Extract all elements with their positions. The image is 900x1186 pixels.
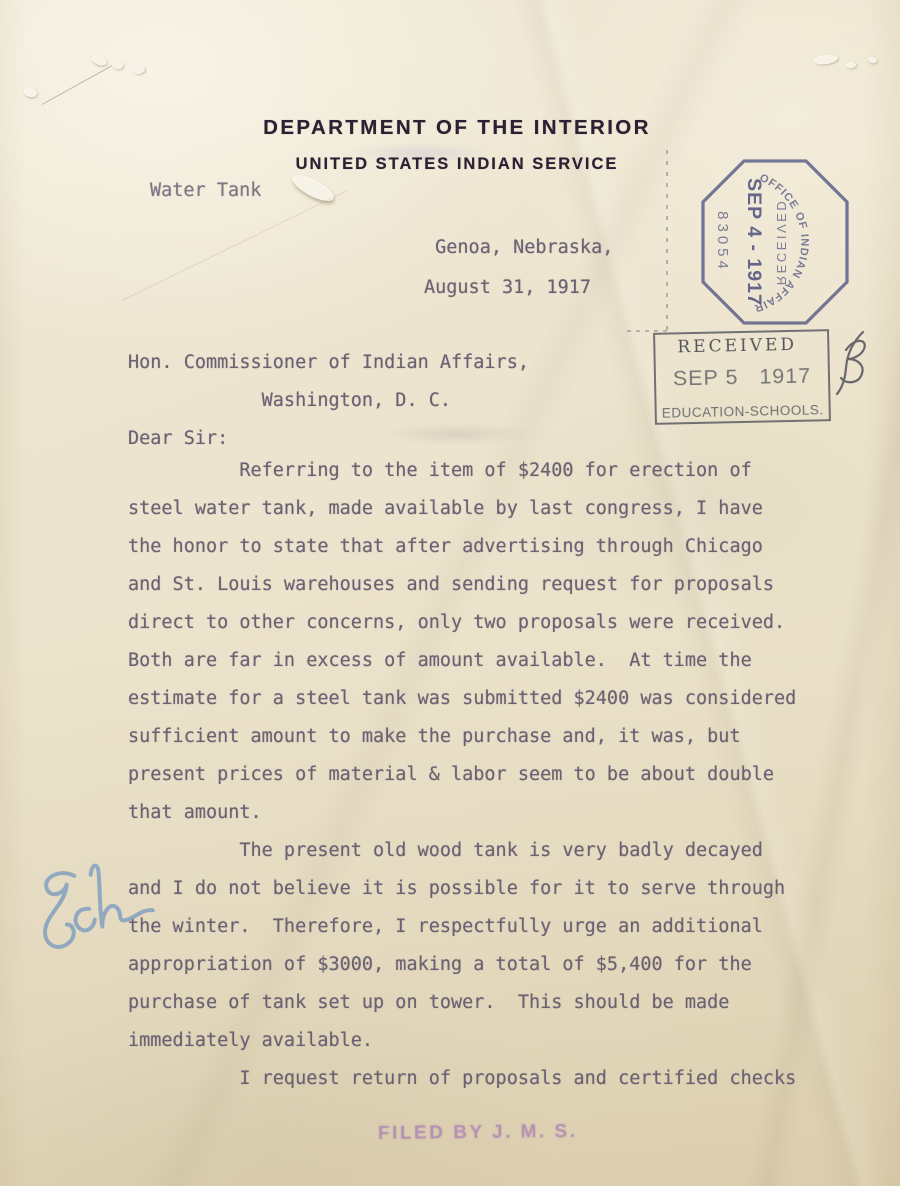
received-stamp-date: SEP 5 1917 [656,363,828,392]
received-stamp-label: RECEIVED [677,335,797,358]
paper-dent [289,170,337,206]
letterhead-department: DEPARTMENT OF THE INTERIOR [0,116,900,140]
paper-tear [813,53,838,65]
place-date-block: Genoa, Nebraska, August 31, 1917 [424,228,613,308]
paper-tear [23,87,38,99]
letter-body: Referring to the item of $2400 for erect… [128,452,796,1098]
handwriting-stroke [28,849,155,950]
octagon-number: 83054 [714,211,731,273]
fold-line-vertical [666,150,668,333]
letter-page: DEPARTMENT OF THE INTERIOR UNITED STATES… [0,0,900,1186]
received-stamp: RECEIVED SEP 5 1917 EDUCATION-SCHOOLS. [653,329,831,425]
octagon-date: SEP 4 - 1917 [743,178,765,306]
filed-stamp: FILED BY J. M. S. [378,1121,578,1145]
paper-tear [113,62,123,69]
octagon-stamp: OFFICE OF INDIAN AFFAIRS RECEIVED SEP 4 … [699,157,851,327]
paper-tear [132,65,145,75]
octagon-received-mirrored: RECEIVED [774,199,789,285]
paper-tear [867,56,877,64]
b-mark-stroke [837,332,865,394]
subject-line: Water Tank [150,172,261,210]
received-stamp-division: EDUCATION-SCHOOLS. [657,402,829,421]
paper-scratch [42,65,112,105]
smudge [388,424,528,444]
handwritten-b-mark [833,328,877,402]
paper-tear [846,62,856,68]
paper-tear [91,54,108,67]
